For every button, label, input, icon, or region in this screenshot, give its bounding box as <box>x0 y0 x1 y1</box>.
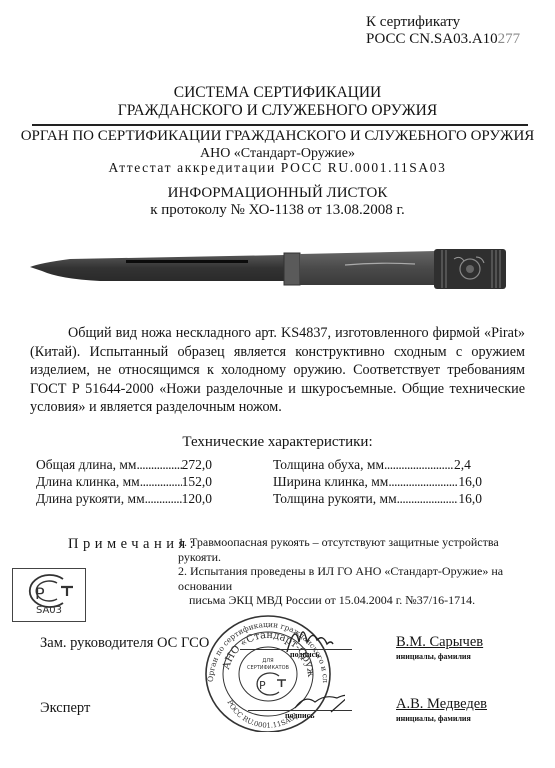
svg-text:P: P <box>259 679 266 692</box>
description-paragraph: Общий вид ножа нескладного арт. KS4837, … <box>30 324 525 417</box>
signatory-name-expert: А.В. Медведев <box>396 696 487 713</box>
spec-value: 272,0 <box>182 456 212 473</box>
leader-dots: ........................................… <box>140 473 182 490</box>
signatory-name-deputy: В.М. Сарычев <box>396 634 483 651</box>
certification-body-name: ОРГАН ПО СЕРТИФИКАЦИИ ГРАЖДАНСКОГО И СЛУ… <box>0 127 555 145</box>
spec-row: Ширина клинка, мм.......................… <box>273 473 482 490</box>
official-stamp: Орган по сертификации гражданского и слу… <box>195 612 345 732</box>
name-caption: инициалы, фамилия <box>396 714 471 723</box>
spec-row: Толщина обуха, мм.......................… <box>273 456 482 473</box>
spec-row: Длина рукояти, мм.......................… <box>36 490 212 507</box>
specs-right-column: Толщина обуха, мм.......................… <box>273 456 482 507</box>
system-title-line2: ГРАЖДАНСКОГО И СЛУЖЕБНОГО ОРУЖИЯ <box>0 102 555 120</box>
spec-value: 2,4 <box>454 456 482 473</box>
accreditation-line: Аттестат аккредитации РОСС RU.0001.11SA0… <box>0 160 555 176</box>
description-text: Общий вид ножа нескладного арт. KS4837, … <box>30 325 525 415</box>
certificate-ref-label: К сертификату <box>366 14 520 31</box>
spec-row: Общая длина, мм.........................… <box>36 456 212 473</box>
svg-text:P: P <box>35 584 45 603</box>
spec-label: Длина клинка, мм <box>36 473 140 490</box>
spec-label: Толщина рукояти, мм <box>273 490 397 507</box>
stamp-center-line1: ДЛЯ <box>262 658 273 664</box>
spec-row: Длина клинка, мм........................… <box>36 473 212 490</box>
rst-stamp-icon: P <box>257 673 286 695</box>
signature-scribble-expert <box>295 695 345 712</box>
stamp-center-line2: СЕРТИФИКАТОВ <box>247 665 289 671</box>
header-divider <box>32 124 528 126</box>
leader-dots: ........................................… <box>388 473 458 490</box>
spec-label: Длина рукояти, мм <box>36 490 145 507</box>
spec-label: Толщина обуха, мм <box>273 456 384 473</box>
protocol-reference: к протоколу № ХО-1138 от 13.08.2008 г. <box>0 201 555 219</box>
knife-photo <box>30 245 520 295</box>
spec-label: Ширина клинка, мм <box>273 473 388 490</box>
certificate-number-prefix: РОСС CN.SA03.A10 <box>366 31 498 47</box>
notes-list: 1. Травмоопасная рукоять – отсутствуют з… <box>178 535 538 608</box>
note-item-continuation: письма ЭКЦ МВД России от 15.04.2004 г. №… <box>178 593 538 608</box>
note-item: 2. Испытания проведены в ИЛ ГО АНО «Стан… <box>178 564 538 593</box>
leader-dots: ........................................… <box>397 490 459 507</box>
specs-title: Технические характеристики: <box>0 434 555 451</box>
blade-shape <box>30 255 285 281</box>
leader-dots: ........................................… <box>136 456 181 473</box>
certificate-number-suffix: 277 <box>498 31 521 47</box>
logo-code: SA03 <box>13 605 85 616</box>
certification-logo: P SA03 <box>12 568 86 622</box>
specs-left-column: Общая длина, мм.........................… <box>36 456 212 507</box>
spec-label: Общая длина, мм <box>36 456 136 473</box>
document-title: ИНФОРМАЦИОННЫЙ ЛИСТОК <box>0 184 555 202</box>
signatory-title-expert: Эксперт <box>40 700 90 717</box>
note-item: 1. Травмоопасная рукоять – отсутствуют з… <box>178 535 538 564</box>
certificate-number: РОСС CN.SA03.A10277 <box>366 31 520 48</box>
spec-value: 152,0 <box>182 473 212 490</box>
leader-dots: ........................................… <box>145 490 182 507</box>
spec-value: 120,0 <box>182 490 212 507</box>
system-title-line1: СИСТЕМА СЕРТИФИКАЦИИ <box>0 84 555 102</box>
leader-dots: ........................................… <box>384 456 454 473</box>
certificate-reference: К сертификату РОСС CN.SA03.A10277 <box>366 14 520 48</box>
signatory-title-deputy: Зам. руководителя ОС ГСО <box>40 635 209 652</box>
spec-value: 16,0 <box>458 490 482 507</box>
name-caption: инициалы, фамилия <box>396 652 471 661</box>
spec-value: 16,0 <box>458 473 482 490</box>
spec-row: Толщина рукояти, мм.....................… <box>273 490 482 507</box>
